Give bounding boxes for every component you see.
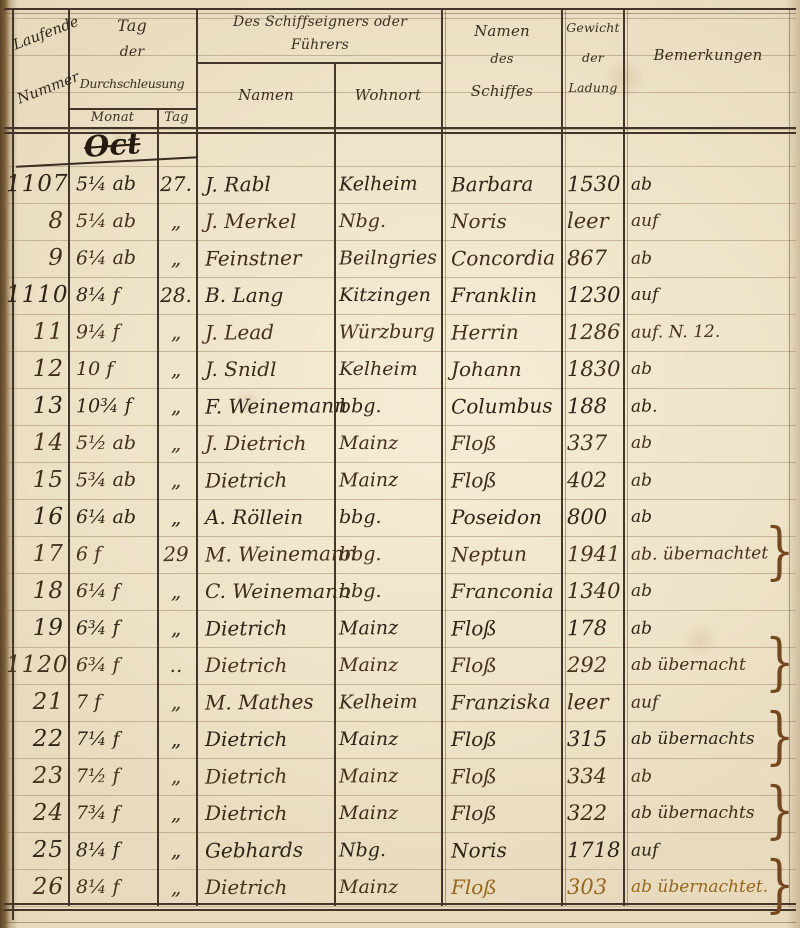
cell-ladung: 1230 — [567, 277, 621, 314]
cell-bemerkung: ab — [631, 461, 781, 500]
cell-uhrzeit: 6¾ f — [76, 610, 156, 648]
cell-laufende-nummer: 24 — [6, 795, 64, 832]
cell-schiffsname: Neptun — [451, 535, 559, 573]
cell-wohnort: Würzburg — [339, 313, 439, 351]
cell-schiffer-name: Gebhards — [205, 831, 331, 869]
cell-wohnort: Kelheim — [339, 351, 439, 388]
cell-schiffer-name: A. Röllein — [205, 499, 331, 536]
cell-uhrzeit: 6¼ ab — [76, 499, 156, 536]
cell-schiffsname: Floß — [451, 869, 559, 906]
table-row: 12 10 f „ J. Snidl Kelheim Johann 1830 a… — [0, 351, 800, 388]
cell-tag: „ — [158, 573, 194, 610]
cell-ladung: 1530 — [567, 166, 621, 204]
cell-schiffer-name: J. Snidl — [205, 351, 331, 388]
table-row: 14 5½ ab „ J. Dietrich Mainz Floß 337 ab — [0, 425, 800, 462]
cell-laufende-nummer: 9 — [6, 240, 64, 278]
header-gewicht-line1: Gewicht — [562, 20, 624, 35]
cell-schiffsname: Noris — [451, 831, 559, 869]
month-value: Oct — [83, 126, 142, 164]
cell-uhrzeit: 8¼ f — [76, 277, 156, 314]
cell-ladung: 178 — [567, 610, 621, 648]
header-schiffsname-line3: Schiffes — [444, 82, 560, 100]
cell-tag: 27. — [158, 166, 194, 203]
cell-schiffer-name: Dietrich — [205, 757, 331, 795]
cell-schiffsname: Concordia — [451, 239, 559, 277]
header-schiffseigner-line1: Des Schiffseigners oder — [198, 14, 442, 30]
cell-schiffsname: Floß — [451, 647, 559, 684]
cell-schiffsname: Johann — [451, 351, 559, 388]
cell-ladung: 867 — [567, 240, 621, 278]
table-row: 23 7½ f „ Dietrich Mainz Floß 334 ab — [0, 758, 800, 795]
cell-schiffer-name: M. Mathes — [205, 683, 331, 721]
cell-bemerkung: ab — [631, 351, 781, 388]
cell-laufende-nummer: 1107 — [6, 166, 64, 204]
table-row: 22 7¼ f „ Dietrich Mainz Floß 315 ab übe… — [0, 721, 800, 758]
cell-bemerkung: ab — [631, 165, 781, 204]
cell-schiffsname: Floß — [451, 795, 559, 832]
cell-schiffer-name: Dietrich — [205, 869, 331, 906]
cell-schiffsname: Floß — [451, 425, 559, 462]
table-row: 25 8¼ f „ Gebhards Nbg. Noris 1718 auf — [0, 832, 800, 869]
cell-schiffer-name: Dietrich — [205, 609, 331, 647]
header-tag-der-durchschleusung-line1: Tag — [68, 16, 196, 35]
cell-ladung: 315 — [567, 721, 621, 758]
cell-uhrzeit: 7½ f — [76, 758, 156, 796]
cell-wohnort: Mainz — [339, 757, 439, 795]
cell-schiffsname: Columbus — [451, 387, 559, 425]
table-row: 21 7 f „ M. Mathes Kelheim Franziska lee… — [0, 684, 800, 721]
cell-ladung: 1830 — [567, 351, 621, 388]
cell-schiffsname: Noris — [451, 203, 559, 240]
table-row: 8 5¼ ab „ J. Merkel Nbg. Noris leer auf — [0, 203, 800, 240]
cell-laufende-nummer: 21 — [6, 684, 64, 722]
cell-schiffer-name: J. Dietrich — [205, 425, 331, 462]
cell-ladung: 322 — [567, 795, 621, 832]
grid-line — [4, 8, 796, 10]
cell-tag: .. — [158, 647, 194, 684]
cell-schiffer-name: J. Rabl — [205, 165, 331, 203]
header-tag-der-durchschleusung-line2: der — [68, 44, 196, 60]
cell-laufende-nummer: 12 — [6, 351, 64, 388]
cell-schiffsname: Poseidon — [451, 499, 559, 536]
cell-wohnort: Mainz — [339, 869, 439, 906]
cell-wohnort: Nbg. — [339, 831, 439, 869]
header-tag-sub: Tag — [157, 110, 196, 125]
header-gewicht-line2: der — [562, 50, 624, 65]
ledger-page: Laufende Nummer Tag der Durchschleusung … — [0, 0, 800, 928]
table-row: 9 6¼ ab „ Feinstner Beilngries Concordia… — [0, 240, 800, 277]
cell-schiffsname: Barbara — [451, 165, 559, 203]
cell-bemerkung: ab — [631, 499, 781, 536]
cell-tag: „ — [158, 684, 194, 721]
table-row: 15 5¾ ab „ Dietrich Mainz Floß 402 ab — [0, 462, 800, 499]
cell-uhrzeit: 6¼ f — [76, 573, 156, 610]
cell-schiffsname: Floß — [451, 461, 559, 499]
cell-uhrzeit: 6 f — [76, 536, 156, 574]
cell-schiffer-name: Dietrich — [205, 647, 331, 684]
cell-bemerkung: ab übernachts — [631, 795, 781, 832]
cell-schiffer-name: Feinstner — [205, 239, 331, 277]
cell-laufende-nummer: 25 — [6, 832, 64, 870]
cell-uhrzeit: 5½ ab — [76, 425, 156, 462]
cell-wohnort: bbg. — [339, 499, 439, 536]
cell-bemerkung: ab — [631, 425, 781, 462]
cell-laufende-nummer: 16 — [6, 499, 64, 536]
cell-ladung: 337 — [567, 425, 621, 462]
cell-laufende-nummer: 8 — [6, 203, 64, 240]
cell-laufende-nummer: 26 — [6, 869, 64, 906]
cell-bemerkung: auf — [631, 277, 781, 314]
cell-laufende-nummer: 18 — [6, 573, 64, 610]
cell-bemerkung: ab — [631, 573, 781, 610]
cell-uhrzeit: 6¾ f — [76, 647, 156, 684]
cell-ladung: 188 — [567, 388, 621, 426]
header-schiffseigner-line2: Führers — [198, 37, 442, 53]
table-row: 19 6¾ f „ Dietrich Mainz Floß 178 ab — [0, 610, 800, 647]
header-monat: Monat — [68, 110, 157, 125]
cell-ladung: 800 — [567, 499, 621, 536]
cell-uhrzeit: 7¼ f — [76, 721, 156, 758]
ruled-line — [4, 906, 796, 907]
cell-wohnort: Mainz — [339, 461, 439, 499]
cell-wohnort: Kelheim — [339, 165, 439, 203]
cell-bemerkung: ab. — [631, 387, 781, 426]
cell-wohnort: Mainz — [339, 795, 439, 832]
cell-bemerkung: ab. übernachtet — [631, 535, 781, 574]
table-row: 17 6 f 29 M. Weinemann bbg. Neptun 1941 … — [0, 536, 800, 573]
cell-schiffer-name: J. Merkel — [205, 203, 331, 240]
header-wohnort: Wohnort — [336, 86, 440, 104]
cell-ladung: 303 — [567, 869, 621, 906]
cell-ladung: 1718 — [567, 832, 621, 870]
cell-wohnort: Mainz — [339, 647, 439, 684]
cell-tag: „ — [158, 869, 194, 906]
cell-tag: „ — [158, 462, 194, 499]
cell-laufende-nummer: 1110 — [6, 277, 64, 314]
cell-uhrzeit: 5¾ ab — [76, 462, 156, 500]
grid-line — [4, 909, 796, 911]
cell-schiffer-name: Dietrich — [205, 795, 331, 832]
cell-tag: „ — [158, 721, 194, 758]
cell-schiffsname: Franconia — [451, 573, 559, 610]
grid-line — [4, 922, 796, 923]
cell-schiffsname: Herrin — [451, 313, 559, 351]
table-row: 24 7¾ f „ Dietrich Mainz Floß 322 ab übe… — [0, 795, 800, 832]
cell-wohnort: Mainz — [339, 721, 439, 758]
cell-bemerkung: ab — [631, 239, 781, 278]
cell-schiffer-name: B. Lang — [205, 277, 331, 314]
cell-tag: „ — [158, 351, 194, 388]
cell-bemerkung: auf — [631, 683, 781, 722]
cell-ladung: 1340 — [567, 573, 621, 610]
header-bemerkungen: Bemerkungen — [630, 46, 786, 64]
header-schiffsname-line2: des — [444, 52, 560, 67]
cell-schiffsname: Floß — [451, 609, 559, 647]
cell-bemerkung: ab — [631, 757, 781, 796]
cell-tag: „ — [158, 388, 194, 425]
cell-tag: „ — [158, 499, 194, 536]
table-row: 1120 6¾ f .. Dietrich Mainz Floß 292 ab … — [0, 647, 800, 684]
cell-laufende-nummer: 1120 — [6, 647, 64, 684]
cell-wohnort: bbg. — [339, 535, 439, 573]
cell-laufende-nummer: 13 — [6, 388, 64, 426]
header-tag-der-durchschleusung-line3: Durchschleusung — [64, 76, 200, 91]
table-row: 13 10¾ f „ F. Weinemann bbg. Columbus 18… — [0, 388, 800, 425]
cell-ladung: leer — [567, 203, 621, 240]
cell-uhrzeit: 9¼ f — [76, 314, 156, 352]
cell-uhrzeit: 7¾ f — [76, 795, 156, 832]
cell-ladung: 1941 — [567, 536, 621, 574]
header-namen: Namen — [200, 86, 332, 104]
grid-line — [196, 62, 443, 64]
cell-ladung: 1286 — [567, 314, 621, 352]
cell-tag: „ — [158, 203, 194, 240]
cell-wohnort: bbg. — [339, 573, 439, 610]
table-row: 1110 8¼ f 28. B. Lang Kitzingen Franklin… — [0, 277, 800, 314]
cell-bemerkung: auf. N. 12. — [631, 313, 781, 352]
cell-schiffsname: Franziska — [451, 683, 559, 721]
cell-bemerkung: auf — [631, 831, 781, 870]
cell-schiffer-name: Dietrich — [205, 721, 331, 758]
cell-laufende-nummer: 14 — [6, 425, 64, 462]
cell-uhrzeit: 8¼ f — [76, 832, 156, 870]
cell-uhrzeit: 7 f — [76, 684, 156, 722]
cell-schiffer-name: J. Lead — [205, 313, 331, 351]
cell-schiffer-name: C. Weinemann — [205, 573, 331, 610]
cell-laufende-nummer: 17 — [6, 536, 64, 574]
cell-uhrzeit: 6¼ ab — [76, 240, 156, 278]
cell-tag: „ — [158, 758, 194, 795]
cell-tag: 29 — [158, 536, 194, 573]
cell-bemerkung: ab übernachts — [631, 721, 781, 758]
table-row: 26 8¼ f „ Dietrich Mainz Floß 303 ab übe… — [0, 869, 800, 906]
cell-uhrzeit: 8¼ f — [76, 869, 156, 906]
cell-tag: „ — [158, 425, 194, 462]
cell-uhrzeit: 10¾ f — [76, 388, 156, 426]
cell-wohnort: Beilngries — [339, 239, 439, 277]
cell-tag: „ — [158, 610, 194, 647]
header-schiffsname-line1: Namen — [444, 22, 560, 40]
cell-laufende-nummer: 22 — [6, 721, 64, 758]
cell-schiffer-name: F. Weinemann — [205, 387, 331, 425]
cell-wohnort: Nbg. — [339, 203, 439, 240]
cell-wohnort: Mainz — [339, 425, 439, 462]
cell-ladung: 334 — [567, 758, 621, 796]
cell-ladung: 402 — [567, 462, 621, 500]
table-row: 16 6¼ ab „ A. Röllein bbg. Poseidon 800 … — [0, 499, 800, 536]
cell-uhrzeit: 5¼ ab — [76, 203, 156, 240]
cell-tag: „ — [158, 795, 194, 832]
cell-tag: „ — [158, 240, 194, 277]
cell-schiffsname: Floß — [451, 757, 559, 795]
cell-tag: 28. — [158, 277, 194, 314]
cell-wohnort: Kelheim — [339, 683, 439, 721]
cell-laufende-nummer: 23 — [6, 758, 64, 796]
row-brace: } — [765, 853, 795, 915]
table-row: 1107 5¼ ab 27. J. Rabl Kelheim Barbara 1… — [0, 166, 800, 203]
cell-wohnort: Mainz — [339, 609, 439, 647]
cell-schiffsname: Franklin — [451, 277, 559, 314]
cell-laufende-nummer: 19 — [6, 610, 64, 648]
table-row: 18 6¼ f „ C. Weinemann bbg. Franconia 13… — [0, 573, 800, 610]
cell-ladung: leer — [567, 684, 621, 722]
cell-wohnort: bbg. — [339, 387, 439, 425]
cell-tag: „ — [158, 832, 194, 869]
cell-tag: „ — [158, 314, 194, 351]
cell-bemerkung: auf — [631, 203, 781, 240]
cell-schiffer-name: M. Weinemann — [205, 535, 331, 573]
cell-laufende-nummer: 11 — [6, 314, 64, 352]
table-row: 11 9¼ f „ J. Lead Würzburg Herrin 1286 a… — [0, 314, 800, 351]
cell-ladung: 292 — [567, 647, 621, 684]
cell-uhrzeit: 5¼ ab — [76, 166, 156, 204]
cell-bemerkung: ab übernachtet. — [631, 869, 781, 906]
cell-bemerkung: ab — [631, 609, 781, 648]
cell-uhrzeit: 10 f — [76, 351, 156, 388]
header-gewicht-line3: Ladung — [562, 80, 624, 95]
cell-schiffsname: Floß — [451, 721, 559, 758]
cell-schiffer-name: Dietrich — [205, 461, 331, 499]
cell-wohnort: Kitzingen — [339, 277, 439, 314]
cell-bemerkung: ab übernacht — [631, 647, 781, 684]
cell-laufende-nummer: 15 — [6, 462, 64, 500]
